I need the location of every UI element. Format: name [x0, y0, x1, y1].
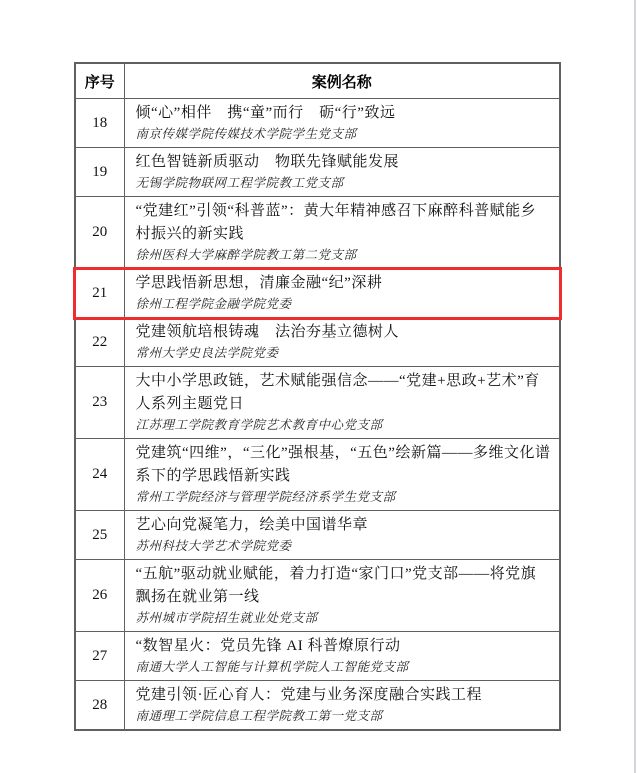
document-page: 序号 案例名称 18 倾“心”相伴 携“童”而行 砺“行”致远 南京传媒学院传媒…: [0, 0, 639, 773]
table-row: 22 党建领航培根铸魂 法治夯基立德树人 常州大学史良法学院党委: [75, 318, 560, 367]
case-name-cell: 艺心向党凝笔力，绘美中国谱华章 苏州科技大学艺术学院党委: [124, 511, 560, 560]
table-row: 23 大中小学思政链，艺术赋能强信念——“党建+思政+艺术”育人系列主题党日 江…: [75, 367, 560, 439]
case-number: 22: [75, 318, 124, 367]
case-title: 大中小学思政链，艺术赋能强信念——“党建+思政+艺术”育人系列主题党日: [136, 370, 552, 416]
table-row: 27 “数智星火：党员先锋 AI 科普燎原行动 南通大学人工智能与计算机学院人工…: [75, 632, 560, 681]
case-title: “数智星火：党员先锋 AI 科普燎原行动: [136, 635, 552, 658]
case-number: 19: [75, 148, 124, 197]
case-title: 艺心向党凝笔力，绘美中国谱华章: [136, 514, 552, 537]
case-number: 28: [75, 681, 124, 731]
case-name-cell: 学思践悟新思想，清廉金融“纪”深耕 徐州工程学院金融学院党委: [124, 269, 560, 318]
table-row: 25 艺心向党凝笔力，绘美中国谱华章 苏州科技大学艺术学院党委: [75, 511, 560, 560]
case-organization: 徐州工程学院金融学院党委: [136, 295, 552, 314]
case-title: “五航”驱动就业赋能，着力打造“家门口”党支部——将党旗飘扬在就业第一线: [136, 563, 552, 609]
case-title: 红色智链新质驱动 物联先锋赋能发展: [136, 151, 552, 174]
table-row: 28 党建引领·匠心育人：党建与业务深度融合实践工程 南通理工学院信息工程学院教…: [75, 681, 560, 731]
case-title: 学思践悟新思想，清廉金融“纪”深耕: [136, 272, 552, 295]
case-title: 党建筑“四维”，“三化”强根基，“五色”绘新篇——多维文化谱系下的学思践悟新实践: [136, 442, 552, 488]
case-organization: 无锡学院物联网工程学院教工党支部: [136, 174, 552, 193]
table-row: 26 “五航”驱动就业赋能，着力打造“家门口”党支部——将党旗飘扬在就业第一线 …: [75, 560, 560, 632]
case-organization: 苏州科技大学艺术学院党委: [136, 537, 552, 556]
case-number: 27: [75, 632, 124, 681]
case-number: 23: [75, 367, 124, 439]
table-row: 19 红色智链新质驱动 物联先锋赋能发展 无锡学院物联网工程学院教工党支部: [75, 148, 560, 197]
table-row: 18 倾“心”相伴 携“童”而行 砺“行”致远 南京传媒学院传媒技术学院学生党支…: [75, 99, 560, 148]
column-header-number: 序号: [75, 63, 124, 99]
case-number: 21: [75, 269, 124, 318]
case-number: 24: [75, 439, 124, 511]
case-table: 序号 案例名称 18 倾“心”相伴 携“童”而行 砺“行”致远 南京传媒学院传媒…: [74, 62, 561, 731]
table-row: 20 “党建红”引领“科普蓝”：黄大年精神感召下麻醉科普赋能乡村振兴的新实践 徐…: [75, 197, 560, 269]
case-organization: 徐州医科大学麻醉学院教工第二党支部: [136, 246, 552, 265]
column-header-case-name: 案例名称: [124, 63, 560, 99]
case-organization: 苏州城市学院招生就业处党支部: [136, 609, 552, 628]
page-right-edge: [634, 0, 636, 773]
case-organization: 南通大学人工智能与计算机学院人工智能党支部: [136, 658, 552, 677]
case-number: 20: [75, 197, 124, 269]
case-number: 26: [75, 560, 124, 632]
case-name-cell: 红色智链新质驱动 物联先锋赋能发展 无锡学院物联网工程学院教工党支部: [124, 148, 560, 197]
case-organization: 江苏理工学院教育学院艺术教育中心党支部: [136, 416, 552, 435]
case-number: 18: [75, 99, 124, 148]
case-organization: 常州大学史良法学院党委: [136, 344, 552, 363]
case-number: 25: [75, 511, 124, 560]
case-title: “党建红”引领“科普蓝”：黄大年精神感召下麻醉科普赋能乡村振兴的新实践: [136, 200, 552, 246]
case-name-cell: “党建红”引领“科普蓝”：黄大年精神感召下麻醉科普赋能乡村振兴的新实践 徐州医科…: [124, 197, 560, 269]
table-row: 21 学思践悟新思想，清廉金融“纪”深耕 徐州工程学院金融学院党委: [75, 269, 560, 318]
case-name-cell: 倾“心”相伴 携“童”而行 砺“行”致远 南京传媒学院传媒技术学院学生党支部: [124, 99, 560, 148]
case-name-cell: “五航”驱动就业赋能，着力打造“家门口”党支部——将党旗飘扬在就业第一线 苏州城…: [124, 560, 560, 632]
case-name-cell: 大中小学思政链，艺术赋能强信念——“党建+思政+艺术”育人系列主题党日 江苏理工…: [124, 367, 560, 439]
case-title: 党建领航培根铸魂 法治夯基立德树人: [136, 321, 552, 344]
table-header-row: 序号 案例名称: [75, 63, 560, 99]
table-row: 24 党建筑“四维”，“三化”强根基，“五色”绘新篇——多维文化谱系下的学思践悟…: [75, 439, 560, 511]
case-name-cell: 党建领航培根铸魂 法治夯基立德树人 常州大学史良法学院党委: [124, 318, 560, 367]
case-name-cell: 党建引领·匠心育人：党建与业务深度融合实践工程 南通理工学院信息工程学院教工第一…: [124, 681, 560, 731]
case-organization: 南通理工学院信息工程学院教工第一党支部: [136, 707, 552, 726]
case-name-cell: “数智星火：党员先锋 AI 科普燎原行动 南通大学人工智能与计算机学院人工智能党…: [124, 632, 560, 681]
case-organization: 常州工学院经济与管理学院经济系学生党支部: [136, 488, 552, 507]
case-name-cell: 党建筑“四维”，“三化”强根基，“五色”绘新篇——多维文化谱系下的学思践悟新实践…: [124, 439, 560, 511]
case-title: 党建引领·匠心育人：党建与业务深度融合实践工程: [136, 684, 552, 707]
case-organization: 南京传媒学院传媒技术学院学生党支部: [136, 125, 552, 144]
case-title: 倾“心”相伴 携“童”而行 砺“行”致远: [136, 102, 552, 125]
